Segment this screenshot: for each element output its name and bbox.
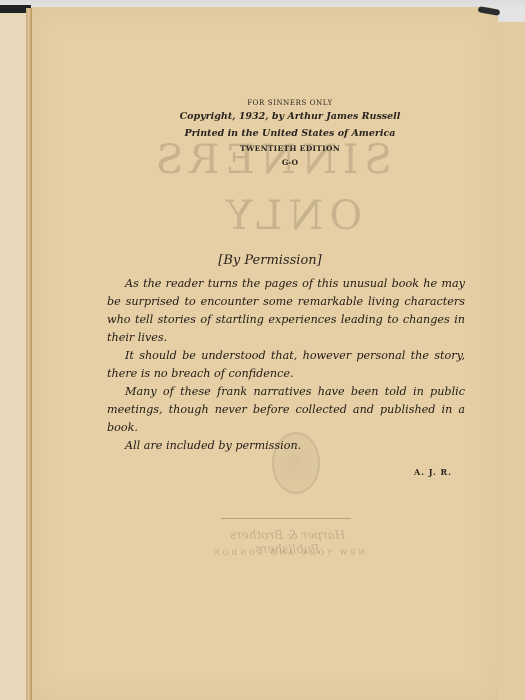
copyright-block: FOR SINNERS ONLY Copyright, 1932, by Art… [160,98,420,170]
paragraph: All are included by permission. [107,437,465,455]
show-through-city: NEW YORK AND LONDON [200,549,375,557]
printed-line: Printed in the United States of America [160,126,420,141]
show-through-title-line2: ONLY [220,193,362,239]
copyright-line: Copyright, 1932, by Arthur James Russell [160,108,420,126]
author-initials: A. J. R. [414,467,452,477]
printing-code: G-O [160,156,420,170]
show-through-rule [221,518,351,519]
left-page-edge [0,10,28,700]
paragraph: It should be understood that, however pe… [107,347,465,383]
notice-body: As the reader turns the pages of this un… [107,275,465,455]
book-title: FOR SINNERS ONLY [160,98,420,108]
edition-line: TWENTIETH EDITION [160,142,420,156]
paragraph: As the reader turns the pages of this un… [107,275,465,347]
right-page-edge [494,22,525,700]
paragraph: Many of these frank narratives have been… [107,383,465,437]
notice-heading: [By Permission] [60,253,480,268]
